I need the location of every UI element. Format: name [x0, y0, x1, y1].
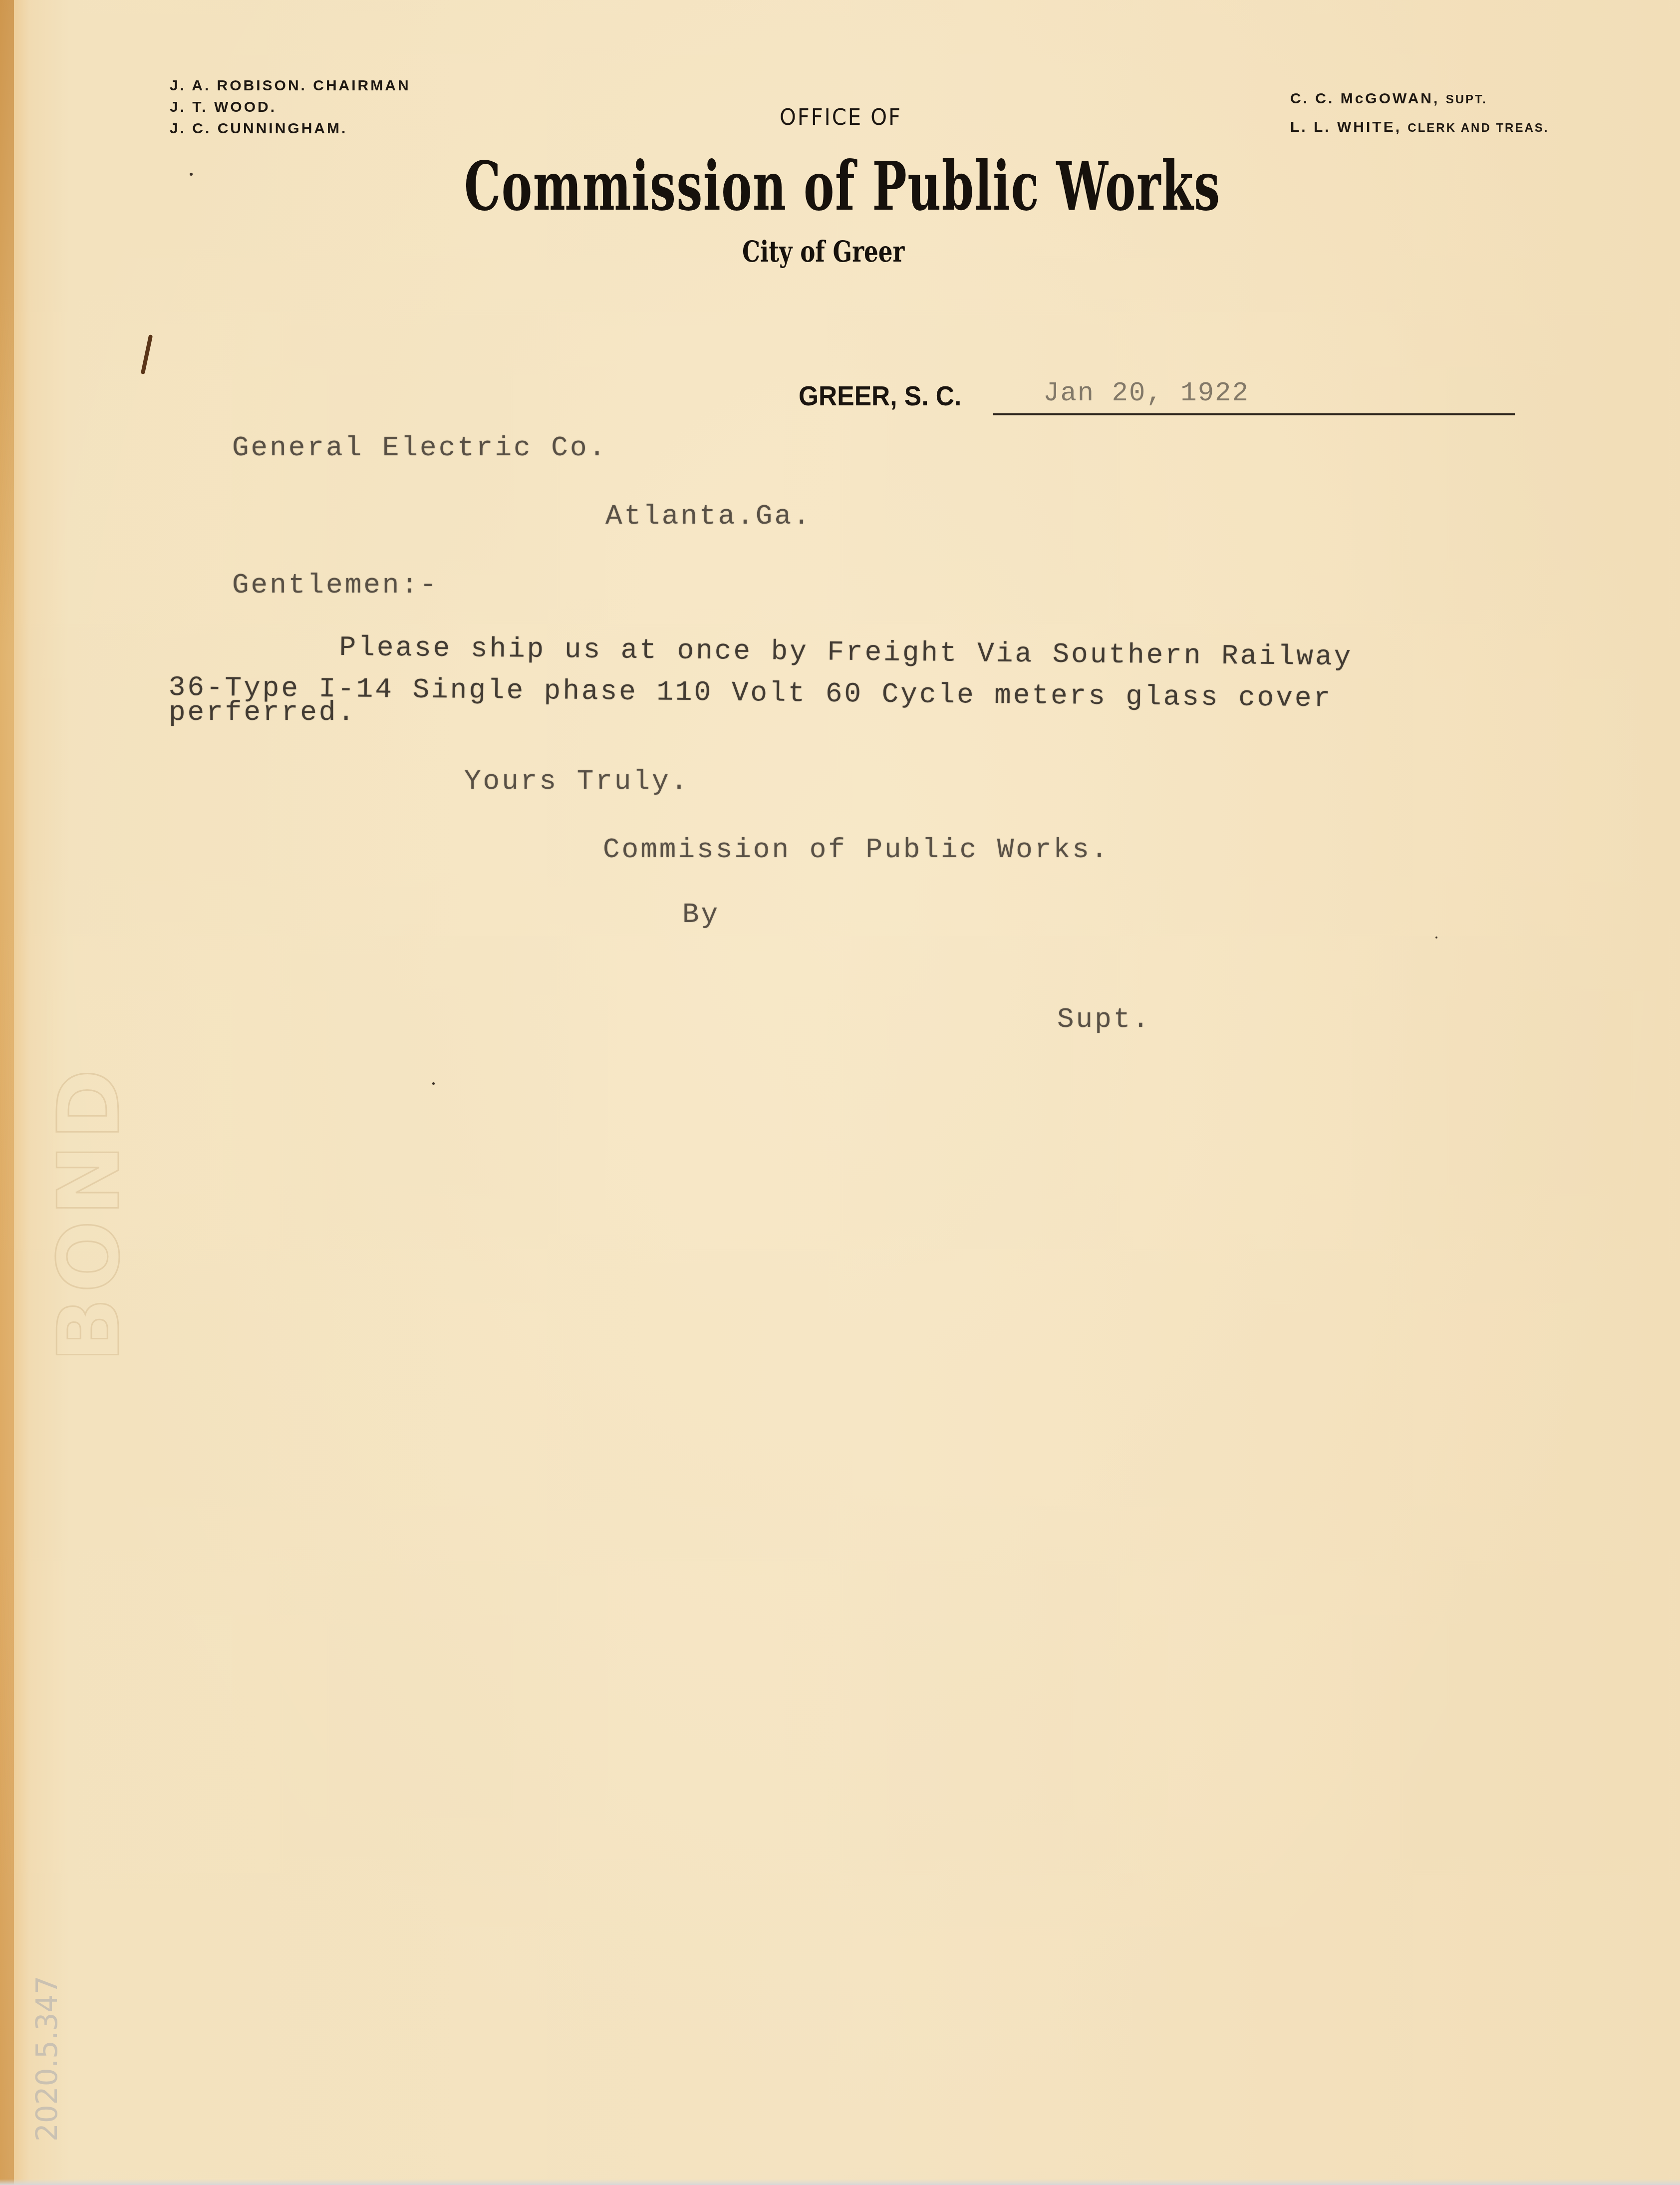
member-3: J. C. CUNNINGHAM.: [170, 118, 411, 139]
letterhead-subtitle: City of Greer: [742, 235, 904, 269]
letterhead-title: Commission of Public Works: [464, 147, 1039, 226]
paper-speck: [190, 173, 193, 176]
member-1: J. A. ROBISON. CHAIRMAN: [170, 75, 411, 96]
signature-title: Supt.: [1057, 1003, 1151, 1035]
officer-clerk: L. L. WHITE, CLERK AND TREAS.: [1290, 113, 1549, 142]
recipient-city: Atlanta.Ga.: [605, 500, 812, 532]
paper-speck: [1435, 936, 1437, 938]
recipient-name: General Electric Co.: [232, 432, 607, 464]
date-underline: [993, 413, 1515, 415]
scan-bottom-edge: [0, 2179, 1680, 2185]
archive-pencil-mark: 2020.5.347: [30, 1976, 64, 2142]
dateline-place: GREER, S. C.: [799, 379, 961, 412]
letter-paper: [0, 0, 1680, 2185]
officer-name: C. C. McGOWAN,: [1290, 90, 1439, 107]
body-line-3: perferred.: [169, 696, 356, 728]
commission-members: J. A. ROBISON. CHAIRMAN J. T. WOOD. J. C…: [170, 75, 411, 139]
paper-edge-discoloration: [0, 0, 14, 2185]
officer-name: L. L. WHITE,: [1290, 119, 1401, 135]
letter-date: Jan 20, 1922: [1043, 378, 1249, 409]
signature-by: By: [682, 899, 720, 931]
member-2: J. T. WOOD.: [170, 96, 411, 118]
salutation: Gentlemen:-: [232, 569, 439, 601]
paper-speck: [432, 1082, 435, 1085]
closing: Yours Truly.: [464, 765, 689, 797]
dateline: GREER, S. C.: [799, 379, 976, 412]
commission-officers: C. C. McGOWAN, SUPT. L. L. WHITE, CLERK …: [1290, 85, 1549, 142]
office-of-label: OFFICE OF: [780, 105, 902, 130]
officer-title: CLERK AND TREAS.: [1407, 121, 1549, 135]
paper-watermark: BOND: [40, 1038, 130, 1388]
officer-title: SUPT.: [1446, 93, 1487, 106]
signature-organization: Commission of Public Works.: [603, 834, 1110, 866]
officer-superintendent: C. C. McGOWAN, SUPT.: [1290, 85, 1549, 113]
